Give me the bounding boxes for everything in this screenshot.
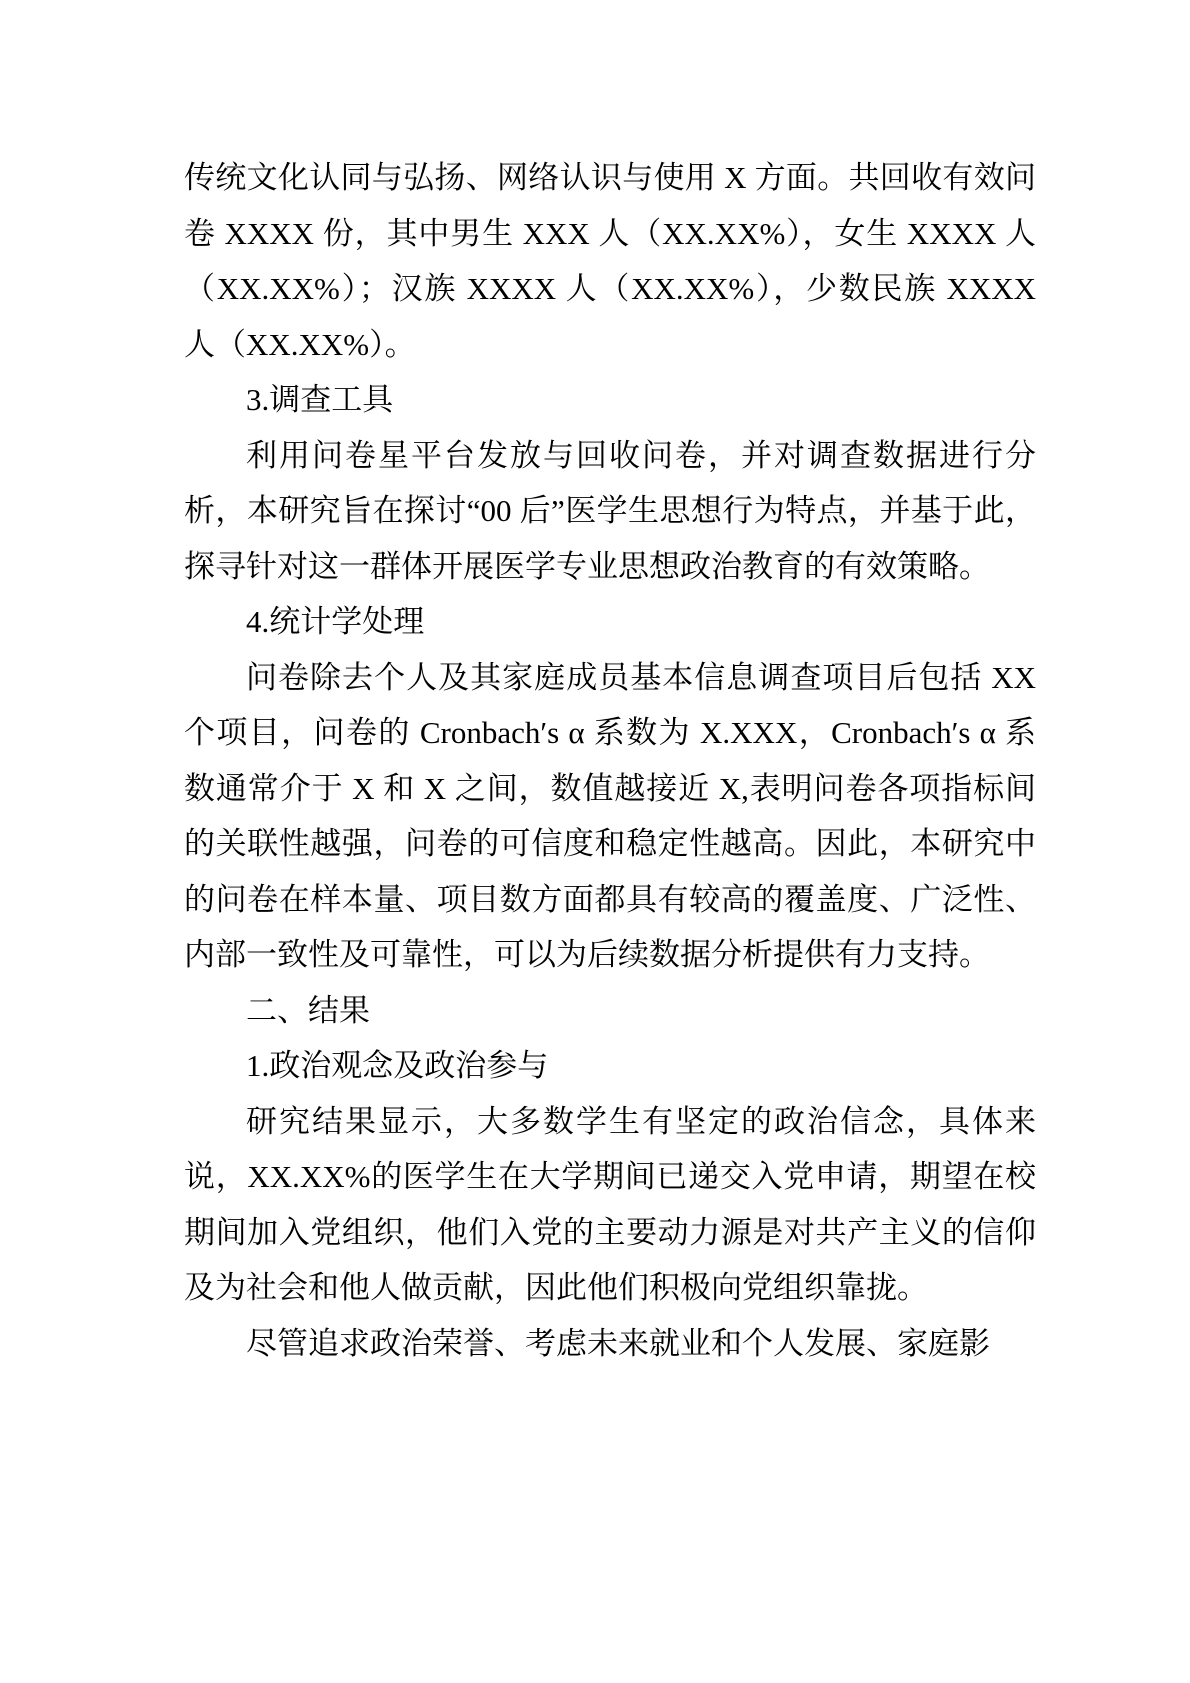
paragraph-survey-sample-continuation: 传统文化认同与弘扬、网络认识与使用 X 方面。共回收有效问卷 XXXX 份，其中…: [184, 150, 1036, 372]
document-page: 传统文化认同与弘扬、网络认识与使用 X 方面。共回收有效问卷 XXXX 份，其中…: [0, 0, 1190, 1683]
document-body: 传统文化认同与弘扬、网络认识与使用 X 方面。共回收有效问卷 XXXX 份，其中…: [184, 150, 1036, 1371]
paragraph-statistics: 问卷除去个人及其家庭成员基本信息调查项目后包括 XX 个项目，问卷的 Cronb…: [184, 650, 1036, 983]
paragraph-political-views-1: 研究结果显示，大多数学生有坚定的政治信念，具体来说，XX.XX%的医学生在大学期…: [184, 1094, 1036, 1316]
heading-results: 二、结果: [184, 983, 1036, 1039]
heading-political-views: 1.政治观念及政治参与: [184, 1038, 1036, 1094]
paragraph-political-views-2: 尽管追求政治荣誉、考虑未来就业和个人发展、家庭影: [184, 1316, 1036, 1372]
paragraph-survey-tool: 利用问卷星平台发放与回收问卷，并对调查数据进行分析，本研究旨在探讨“00 后”医…: [184, 428, 1036, 595]
heading-survey-tool: 3.调查工具: [184, 372, 1036, 428]
heading-statistics: 4.统计学处理: [184, 594, 1036, 650]
